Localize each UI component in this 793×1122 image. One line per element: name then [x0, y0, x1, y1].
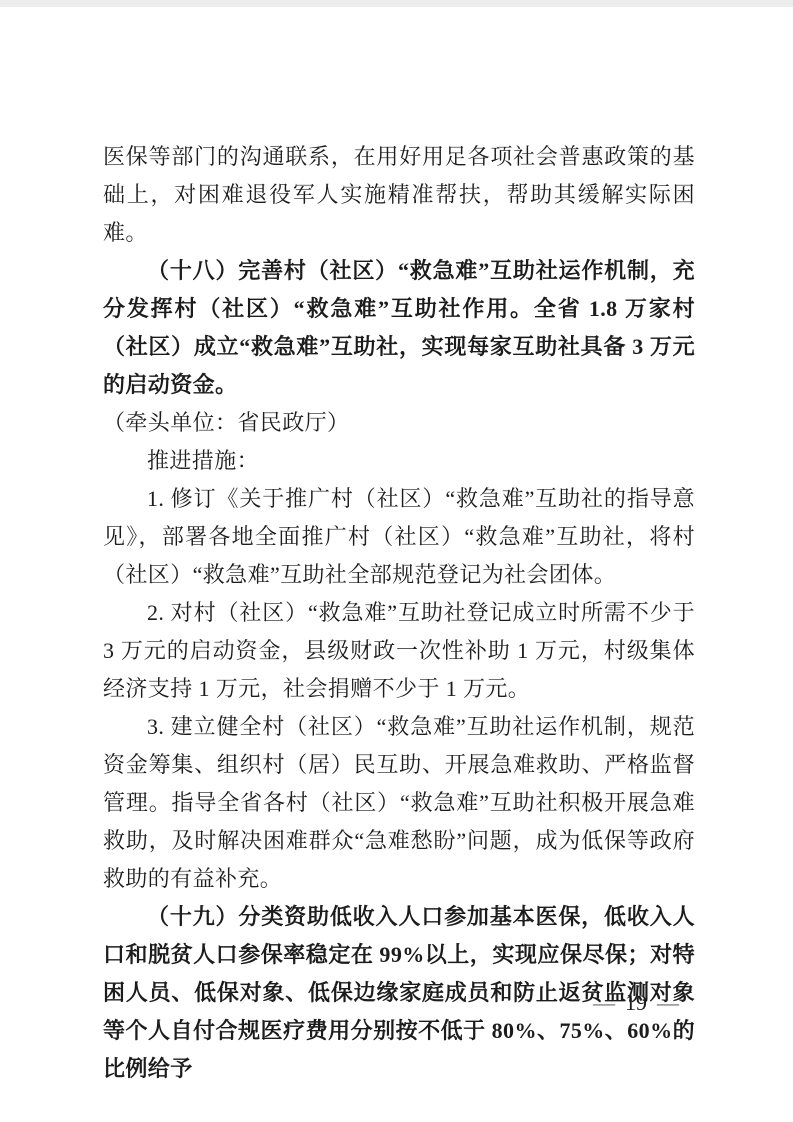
document-page: 医保等部门的沟通联系，在用好用足各项社会普惠政策的基础上，对困难退役军人实施精准…: [0, 0, 793, 1122]
measure-item-1: 1. 修订《关于推广村（社区）“救急难”互助社的指导意见》，部署各地全面推广村（…: [103, 480, 695, 594]
measures-label: 推进措施：: [103, 442, 695, 480]
paragraph-continuation: 医保等部门的沟通联系，在用好用足各项社会普惠政策的基础上，对困难退役军人实施精准…: [103, 138, 695, 252]
section-18-heading: （十八）完善村（社区）“救急难”互助社运作机制，充分发挥村（社区）“救急难”互助…: [103, 252, 695, 404]
scan-edge-shadow: [0, 0, 793, 7]
page-number: 19: [625, 990, 647, 1015]
measure-item-2: 2. 对村（社区）“救急难”互助社登记成立时所需不少于 3 万元的启动资金，县级…: [103, 594, 695, 708]
footer-dash-right: —: [657, 990, 679, 1015]
text-block: 医保等部门的沟通联系，在用好用足各项社会普惠政策的基础上，对困难退役军人实施精准…: [103, 138, 695, 1088]
page-footer: —19—: [583, 988, 689, 1018]
lead-unit-note: （牵头单位：省民政厅）: [103, 404, 695, 442]
measure-item-3: 3. 建立健全村（社区）“救急难”互助社运作机制，规范资金筹集、组织村（居）民互…: [103, 708, 695, 898]
footer-dash-left: —: [593, 990, 615, 1015]
